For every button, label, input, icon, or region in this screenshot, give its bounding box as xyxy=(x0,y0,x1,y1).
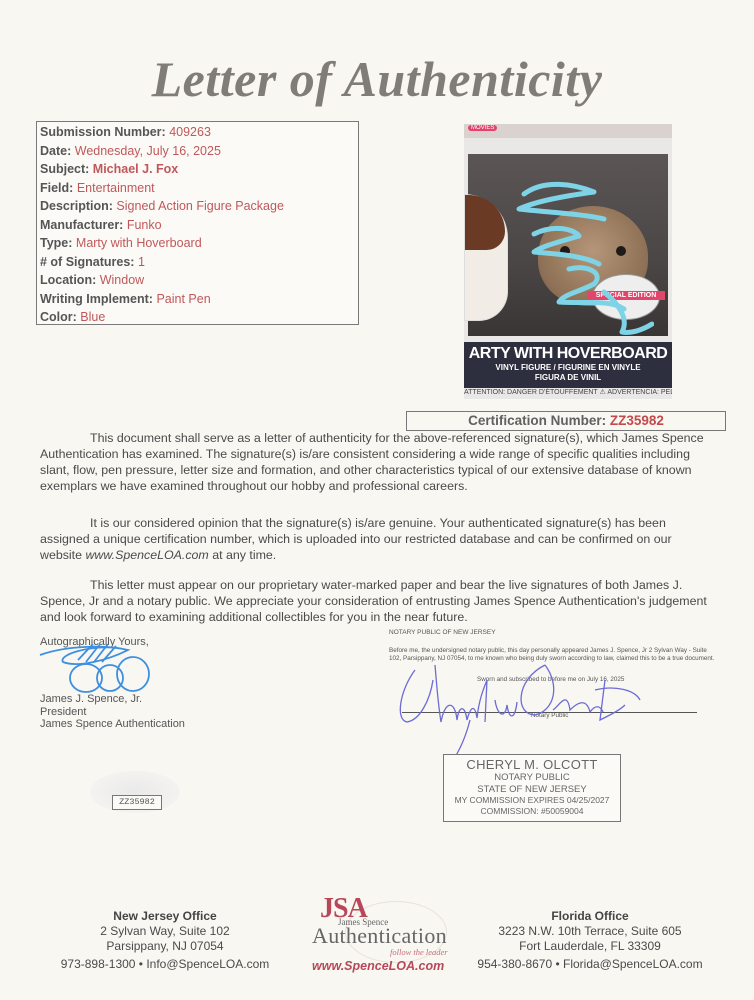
info-label: Color: xyxy=(40,310,77,324)
item-photo: MOVIES SPECIAL EDITION ARTY WITH HOVERBO… xyxy=(464,124,672,399)
package-warning: ATTENTION: DANGER D'ÉTOUFFEMENT ⚠ ADVERT… xyxy=(464,388,672,396)
nj-address-line1: 2 Sylvan Way, Suite 102 xyxy=(40,924,290,939)
info-value: Funko xyxy=(127,218,162,232)
package-subtitle: VINYL FIGURE / FIGURINE EN VINYLE xyxy=(464,363,672,373)
fl-office-heading: Florida Office xyxy=(460,909,720,924)
info-value: Wednesday, July 16, 2025 xyxy=(75,144,221,158)
info-label: Writing Implement: xyxy=(40,292,153,306)
nj-office: New Jersey Office 2 Sylvan Way, Suite 10… xyxy=(40,909,290,972)
nj-contact[interactable]: 973-898-1300 • Info@SpenceLOA.com xyxy=(40,957,290,972)
info-label: Description: xyxy=(40,199,113,213)
fl-address-line1: 3223 N.W. 10th Terrace, Suite 605 xyxy=(460,924,720,939)
website-link[interactable]: www.SpenceLOA.com xyxy=(85,548,208,562)
body-paragraph-1: This document shall serve as a letter of… xyxy=(40,430,716,494)
movies-badge: MOVIES xyxy=(468,125,497,131)
info-row: Location: Window xyxy=(40,271,358,290)
info-label: Date: xyxy=(40,144,71,158)
logo-tagline: follow the leader xyxy=(390,947,448,957)
info-label: Submission Number: xyxy=(40,125,166,139)
info-value: Marty with Hoverboard xyxy=(76,236,202,250)
info-value: Paint Pen xyxy=(156,292,210,306)
info-value: Entertainment xyxy=(77,181,155,195)
info-row: Description: Signed Action Figure Packag… xyxy=(40,197,358,216)
signer-info: James J. Spence, Jr. President James Spe… xyxy=(40,693,185,731)
info-label: # of Signatures: xyxy=(40,255,134,269)
fl-office: Florida Office 3223 N.W. 10th Terrace, S… xyxy=(460,909,720,972)
info-row: Type: Marty with Hoverboard xyxy=(40,234,358,253)
info-value: Blue xyxy=(80,310,105,324)
jsa-logo: JSA James Spence Authentication follow t… xyxy=(300,893,460,975)
info-value: Michael J. Fox xyxy=(93,162,178,176)
signer-role: President xyxy=(40,706,185,719)
logo-authentication: Authentication xyxy=(312,923,447,949)
subject-signature-icon xyxy=(504,174,654,339)
fl-contact[interactable]: 954-380-8670 • Florida@SpenceLOA.com xyxy=(460,957,720,972)
certification-number: ZZ35982 xyxy=(610,413,664,428)
notary-name: CHERYL M. OLCOTT xyxy=(444,757,620,772)
nj-office-heading: New Jersey Office xyxy=(40,909,290,924)
footer-website-link[interactable]: www.SpenceLOA.com xyxy=(312,959,444,973)
info-row: Manufacturer: Funko xyxy=(40,216,358,235)
package-subtitle-2: FIGURA DE VINIL xyxy=(464,373,672,383)
info-row: Field: Entertainment xyxy=(40,179,358,198)
info-label: Field: xyxy=(40,181,73,195)
certification-label: Certification Number: xyxy=(468,413,606,428)
notary-heading: NOTARY PUBLIC OF NEW JERSEY xyxy=(389,629,496,636)
signer-name: James J. Spence, Jr. xyxy=(40,693,185,706)
notary-title: NOTARY PUBLIC xyxy=(444,772,620,784)
para2-text-end: at any time. xyxy=(209,548,277,562)
info-row: # of Signatures: 1 xyxy=(40,253,358,272)
info-value: Signed Action Figure Package xyxy=(116,199,283,213)
info-label: Location: xyxy=(40,273,96,287)
body-paragraph-2: It is our considered opinion that the si… xyxy=(40,515,716,563)
certification-number-box: Certification Number: ZZ35982 xyxy=(406,411,726,431)
signer-company: James Spence Authentication xyxy=(40,718,185,731)
info-value: Window xyxy=(100,273,144,287)
body-paragraph-3: This letter must appear on our proprieta… xyxy=(40,577,716,625)
package-title: ARTY WITH HOVERBOARD xyxy=(464,345,672,363)
info-value: 1 xyxy=(138,255,145,269)
hologram-sticker-number: ZZ35982 xyxy=(112,795,162,810)
notary-commission: COMMISSION: #50059004 xyxy=(444,806,620,817)
notary-expiration: MY COMMISSION EXPIRES 04/25/2027 xyxy=(444,795,620,806)
info-row: Writing Implement: Paint Pen xyxy=(40,290,358,309)
package-label-band: ARTY WITH HOVERBOARD VINYL FIGURE / FIGU… xyxy=(464,342,672,388)
president-signature-icon xyxy=(38,640,153,696)
info-row: Submission Number: 409263 xyxy=(40,123,358,142)
nj-address-line2: Parsippany, NJ 07054 xyxy=(40,939,290,954)
info-label: Type: xyxy=(40,236,72,250)
info-row: Subject: Michael J. Fox xyxy=(40,160,358,179)
info-value: 409263 xyxy=(169,125,211,139)
info-label: Subject: xyxy=(40,162,89,176)
info-label: Manufacturer: xyxy=(40,218,123,232)
notary-state: STATE OF NEW JERSEY xyxy=(444,784,620,796)
submission-info-box: Submission Number: 409263Date: Wednesday… xyxy=(36,121,359,325)
info-row: Date: Wednesday, July 16, 2025 xyxy=(40,142,358,161)
notary-stamp: CHERYL M. OLCOTT NOTARY PUBLIC STATE OF … xyxy=(443,754,621,822)
document-title: Letter of Authenticity xyxy=(0,50,754,108)
info-row: Color: Blue xyxy=(40,308,358,327)
fl-address-line2: Fort Lauderdale, FL 33309 xyxy=(460,939,720,954)
